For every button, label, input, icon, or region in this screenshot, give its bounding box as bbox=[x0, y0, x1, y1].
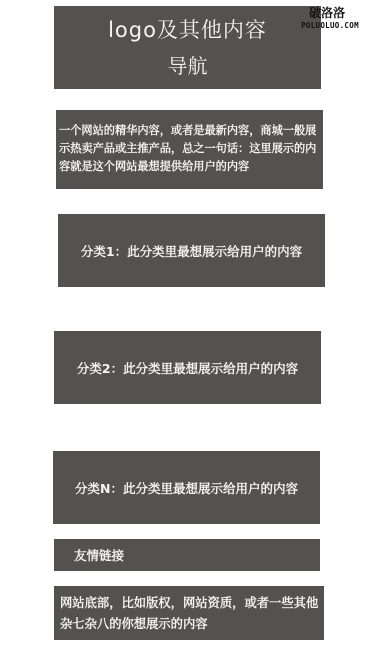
header-nav-text: 导航 bbox=[168, 51, 208, 81]
featured-content-block: 一个网站的精华内容，或者是最新内容，商城一般展示热卖产品或主推产品，总之一句话：… bbox=[56, 110, 323, 189]
category-label: 分类1：此分类里最想展示给用户的内容 bbox=[81, 242, 302, 260]
friend-links-label: 友情链接 bbox=[74, 546, 124, 564]
category-block-1: 分类1：此分类里最想展示给用户的内容 bbox=[58, 214, 325, 287]
category-label: 分类N：此分类里最想展示给用户的内容 bbox=[75, 479, 298, 497]
footer-text: 网站底部，比如版权，网站资质，或者一些其他杂七杂八的你想展示的内容 bbox=[60, 596, 318, 631]
watermark-en: POLUOLUO.COM bbox=[294, 21, 366, 30]
header-logo-nav-block: logo及其他内容 导航 bbox=[54, 6, 321, 89]
friend-links-block: 友情链接 bbox=[54, 539, 320, 571]
featured-content-text: 一个网站的精华内容，或者是最新内容，商城一般展示热卖产品或主推产品，总之一句话：… bbox=[59, 124, 316, 173]
category-block-n: 分类N：此分类里最想展示给用户的内容 bbox=[53, 451, 320, 524]
header-logo-text: logo及其他内容 bbox=[108, 15, 267, 45]
footer-block: 网站底部，比如版权，网站资质，或者一些其他杂七杂八的你想展示的内容 bbox=[54, 586, 324, 640]
category-block-2: 分类2：此分类里最想展示给用户的内容 bbox=[54, 331, 321, 404]
watermark-cn: 破洛洛 bbox=[306, 7, 348, 20]
category-label: 分类2：此分类里最想展示给用户的内容 bbox=[77, 359, 298, 377]
